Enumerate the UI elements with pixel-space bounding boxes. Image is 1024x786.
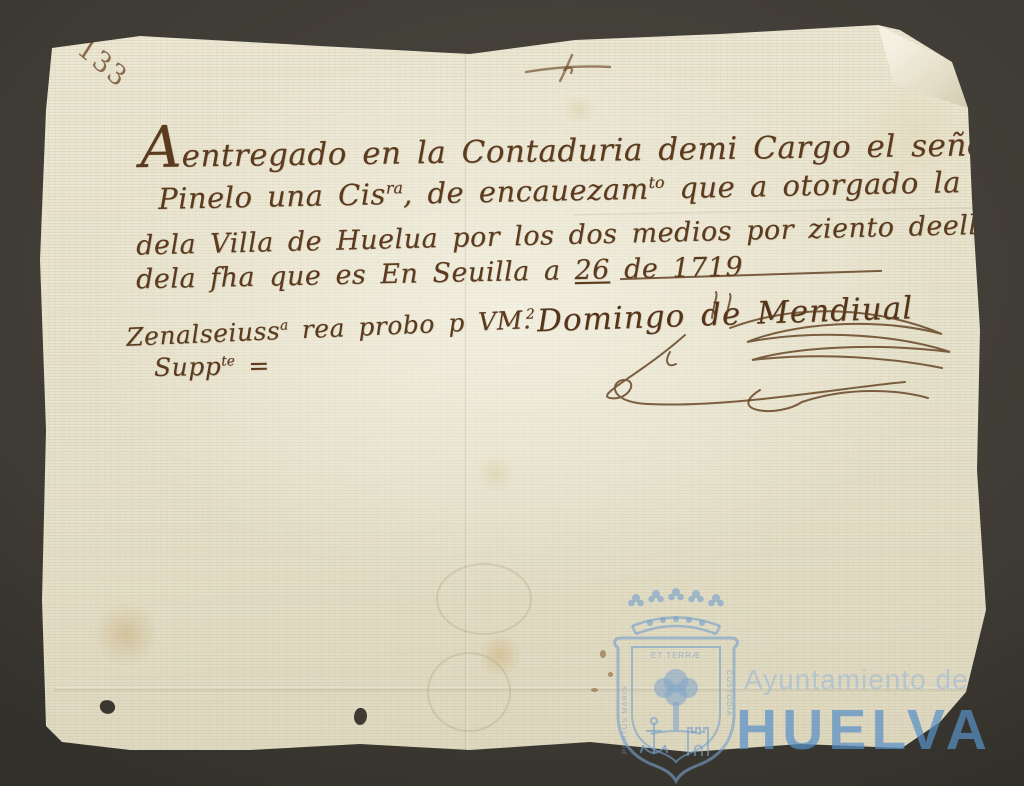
cross-mark-icon	[520, 50, 616, 86]
manuscript-line-5: Zenalseiussa rea probo p VM.	[126, 307, 532, 350]
manuscript-text-segment: dela fha que es En Seuilla a	[136, 255, 575, 295]
manuscript-line-3: dela Villa de Huelua por los dos medios …	[136, 207, 1024, 259]
folio-number: 133	[75, 30, 131, 97]
ink-speck	[591, 688, 598, 692]
paper-crease	[54, 686, 974, 692]
embossed-paper-watermark	[436, 563, 532, 635]
manuscript-text-segment: Supp	[154, 352, 222, 382]
manuscript-text-segment: Pinelo una Cis	[158, 177, 386, 216]
manuscript-line-4: dela fha que es En Seuilla a 26 de 1719	[136, 254, 744, 294]
manuscript-text-segment: rea probo p VM.	[288, 305, 532, 345]
underlined-day-number: 26	[574, 254, 610, 286]
manuscript-text-segment: =	[235, 351, 270, 381]
flourished-initial: A	[140, 114, 182, 182]
scanned-document-photo: 133 Aentregado en la Contaduria demi Car…	[0, 0, 1024, 786]
paper-hole	[99, 699, 117, 716]
manuscript-text-segment: Zenalseiuss	[126, 316, 281, 352]
manuscript-paper: 133 Aentregado en la Contaduria demi Car…	[34, 22, 990, 764]
embossed-paper-watermark	[427, 652, 511, 732]
manuscript-text-segment: , de encauezam	[403, 172, 649, 211]
superscript-abbreviation: to	[648, 173, 664, 192]
paper-corner-fold	[864, 22, 974, 117]
paper-hole	[352, 707, 369, 727]
ink-speck	[600, 650, 606, 658]
signature-rubric-flourish	[520, 290, 960, 420]
ink-speck	[608, 672, 613, 677]
superscript-abbreviation: ra	[386, 178, 404, 197]
manuscript-text-segment: de 1719	[610, 252, 744, 286]
superscript-abbreviation: te	[221, 353, 235, 369]
manuscript-line-6: Suppte =	[154, 353, 270, 380]
